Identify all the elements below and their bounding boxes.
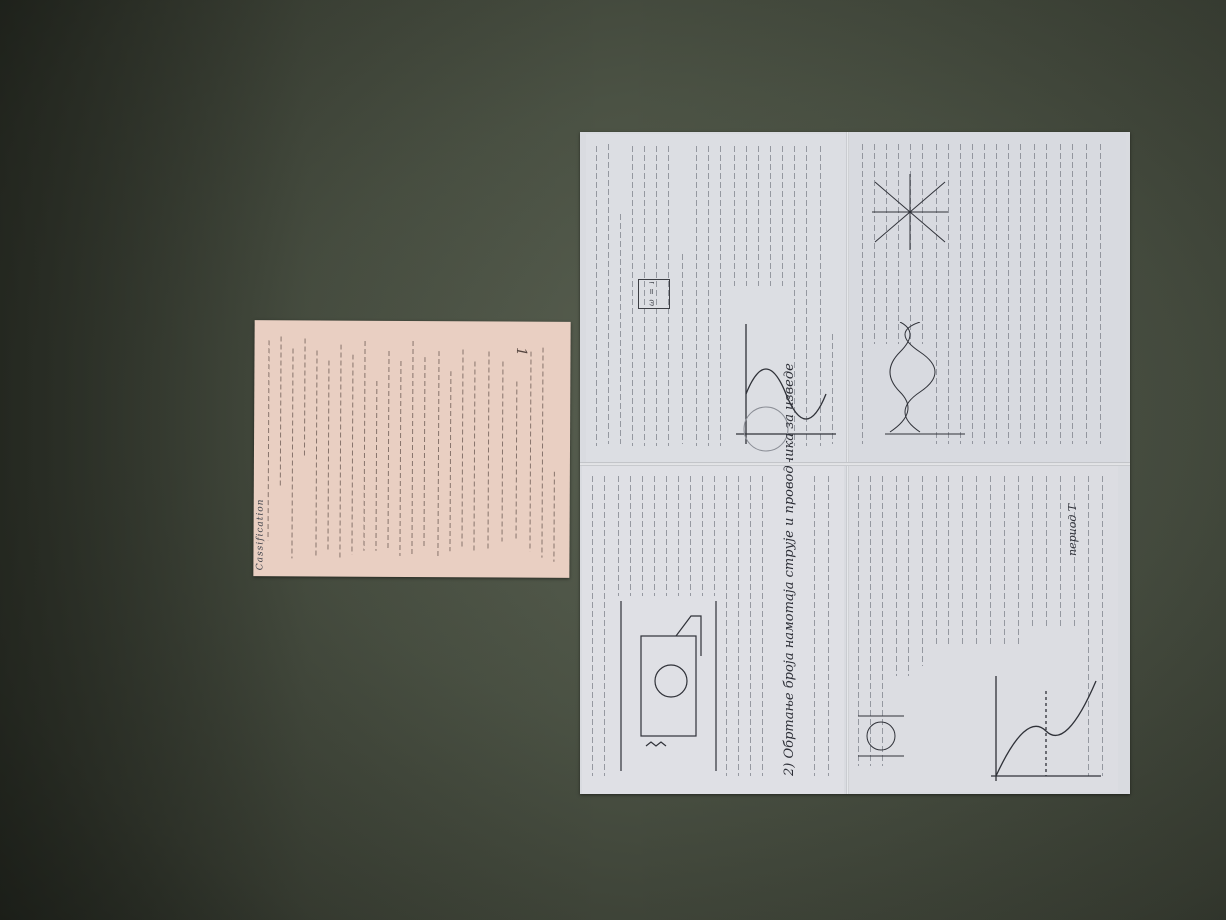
period-label: период T [1066,496,1079,556]
underlined-title: Cassification [255,470,266,570]
folded-manuscript: ω = π/2 [580,132,1130,794]
radial-vector-diagram [870,172,950,252]
horizontal-fold [580,462,1130,466]
pink-note-sheet: 1 Cassification [253,320,570,578]
page-number: 1 [513,347,529,356]
quadrant-bottom-right: период T [846,466,1118,792]
handwriting-lines [255,320,571,322]
twisted-wave-diagram [880,322,970,442]
circuit-diagram [616,596,726,776]
quadrant-bottom-left: 2) Обртање броја намотаја струје и прово… [582,466,844,794]
quadrant-top-right [850,132,1126,462]
full-sine-wave [986,671,1106,786]
rotor-diagram [856,706,906,776]
section-heading-2: 2) Обртање броја намотаја струје и прово… [782,486,797,776]
boxed-formula: ω = π/2 [638,279,670,309]
quadrant-top-left: ω = π/2 [586,134,848,464]
